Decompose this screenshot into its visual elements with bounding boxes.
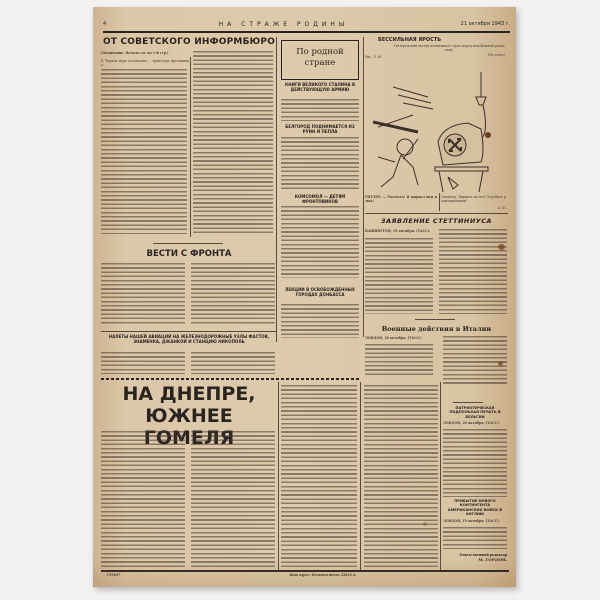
front-news-body-left <box>101 263 185 325</box>
dnieper-headline-line1: НА ДНЕПРЕ, <box>101 383 277 405</box>
caption-rule <box>439 193 440 211</box>
rodnoi-strane-subhead-1: КНИГИ ВЕЛИКОГО СТАЛИНА В ДЕЙСТВУЮЩУЮ АРМ… <box>281 82 359 92</box>
column-rule <box>360 382 361 572</box>
footer-rule <box>101 570 509 572</box>
dnieper-body-4 <box>364 385 438 569</box>
cartoon-illustration <box>373 67 508 192</box>
aviation-body-right <box>191 352 275 374</box>
masthead: 4 НА СТРАЖЕ РОДИНЫ 21 октября 1943 г. <box>103 17 510 33</box>
page-number: 4 <box>103 21 106 27</box>
issue-date: 21 октября 1943 г. <box>461 21 510 27</box>
editor-name: М. ГОРДОН. <box>443 558 507 562</box>
divider <box>415 319 455 320</box>
wavy-divider <box>101 378 361 380</box>
italy-body-left <box>365 344 433 376</box>
dnieper-body-1 <box>101 431 185 569</box>
column-rule <box>440 382 441 572</box>
divider <box>365 213 508 214</box>
rodnoi-strane-title: По родной стране <box>282 41 358 69</box>
italy-body-right <box>443 336 507 384</box>
newspaper-page: 4 НА СТРАЖЕ РОДИНЫ 21 октября 1943 г. ОТ… <box>93 7 516 587</box>
paper-stain <box>498 361 503 366</box>
sovinformburo-body-right <box>193 51 273 236</box>
italy-dateline: ЛОНДОН, 20 октября. (ТАСС). <box>365 336 433 340</box>
stettinius-body-right <box>439 229 507 314</box>
rodnoi-strane-body-1 <box>281 99 359 121</box>
dnieper-body-3 <box>281 385 357 569</box>
rodnoi-strane-subhead-4: ЛЕКЦИИ В ОСВОБОЖДЕННЫХ ГОРОДАХ ДОНБАССА <box>281 287 359 297</box>
italy-headline: Военные действия в Италии <box>365 325 508 333</box>
cartoon-caption-left: ГИТЛЕР: — Молчать! Я вырвал вам язык! <box>365 195 437 203</box>
cartoon-source: (Из газет) <box>473 53 505 57</box>
column-rule <box>276 37 277 342</box>
belgium-headline: ПАТРИОТИЧЕСКАЯ ПОДПОЛЬНАЯ ПЕЧАТЬ В БЕЛЬГ… <box>443 406 507 419</box>
aviation-body-left <box>101 352 185 374</box>
rodnoi-strane-subhead-2: БЕЛГОРОД ПОДНИМАЕТСЯ ИЗ РУИН И ПЕПЛА <box>281 124 359 134</box>
rodnoi-strane-body-3 <box>281 206 359 278</box>
rodnoi-strane-body-2 <box>281 137 359 189</box>
divider <box>101 331 277 332</box>
rodnoi-strane-body-4 <box>281 304 359 338</box>
editor-label: Ответственный редактор <box>443 553 507 557</box>
sovinformburo-lead: (Окончание. Начало см. на 1-й стр.) <box>101 51 189 55</box>
stettinius-body-left <box>365 238 433 314</box>
editorial-address: Наш адрес: Полевая почта 22045 А. <box>253 573 393 577</box>
aviation-headline: НАЛЕТЫ НАШЕЙ АВИАЦИИ НА ЖЕЛЕЗНОДОРОЖНЫЕ … <box>107 334 271 344</box>
divider <box>453 402 483 403</box>
cartoon-caption-right: Гиммлер: Вырвать их все! Угробить радиоп… <box>441 195 506 203</box>
newspaper-title: НА СТРАЖЕ РОДИНЫ <box>219 21 349 28</box>
paper-stain <box>498 244 505 250</box>
cartoon-caption-top: Гитлеровский лагерь испытывает страх пер… <box>393 44 505 52</box>
paper-stain <box>423 522 427 526</box>
cartoon-headline: БЕССИЛЬНАЯ ЯРОСТЬ <box>378 37 508 43</box>
sovinformburo-body-left <box>101 69 187 234</box>
england-headline: ПРИБЫТИЕ НОВОГО КОНТИНГЕНТА АМЕРИКАНСКИХ… <box>443 499 507 517</box>
print-code: Г93047 <box>107 573 147 577</box>
dnieper-body-2 <box>191 431 275 569</box>
sovinformburo-headline: ОТ СОВЕТСКОГО ИНФОРМБЮРО <box>101 37 277 47</box>
england-body <box>443 527 507 549</box>
divider <box>153 243 223 244</box>
belgium-dateline: ЛОНДОН, 20 октября. (ТАСС). <box>443 421 507 425</box>
sovinformburo-snippet: В Чёрном море потоплены … транспорт прот… <box>101 59 189 67</box>
rodnoi-strane-subhead-3: КОМСОМОЛ — ДЕТЯМ ФРОНТОВИКОВ <box>281 194 359 204</box>
stettinius-dateline: ВАШИНГТОН, 19 октября. (ТАСС). <box>365 229 433 233</box>
england-dateline: ЛОНДОН, 19 октября. (ТАСС). <box>443 519 507 523</box>
belgium-body <box>443 429 507 497</box>
column-rule <box>190 57 191 237</box>
rodnoi-strane-box: По родной стране <box>281 40 359 80</box>
column-rule <box>278 382 279 572</box>
front-news-headline: ВЕСТИ С ФРОНТА <box>101 249 277 259</box>
front-news-body-right <box>191 263 275 325</box>
column-rule <box>363 37 364 337</box>
stettinius-headline: ЗАЯВЛЕНИЕ СТЕТТИНИУСА <box>365 217 508 225</box>
cartoon-artist: Рис. Л. М. <box>365 55 395 59</box>
cartoon-signature: А. Ф. <box>488 206 506 210</box>
